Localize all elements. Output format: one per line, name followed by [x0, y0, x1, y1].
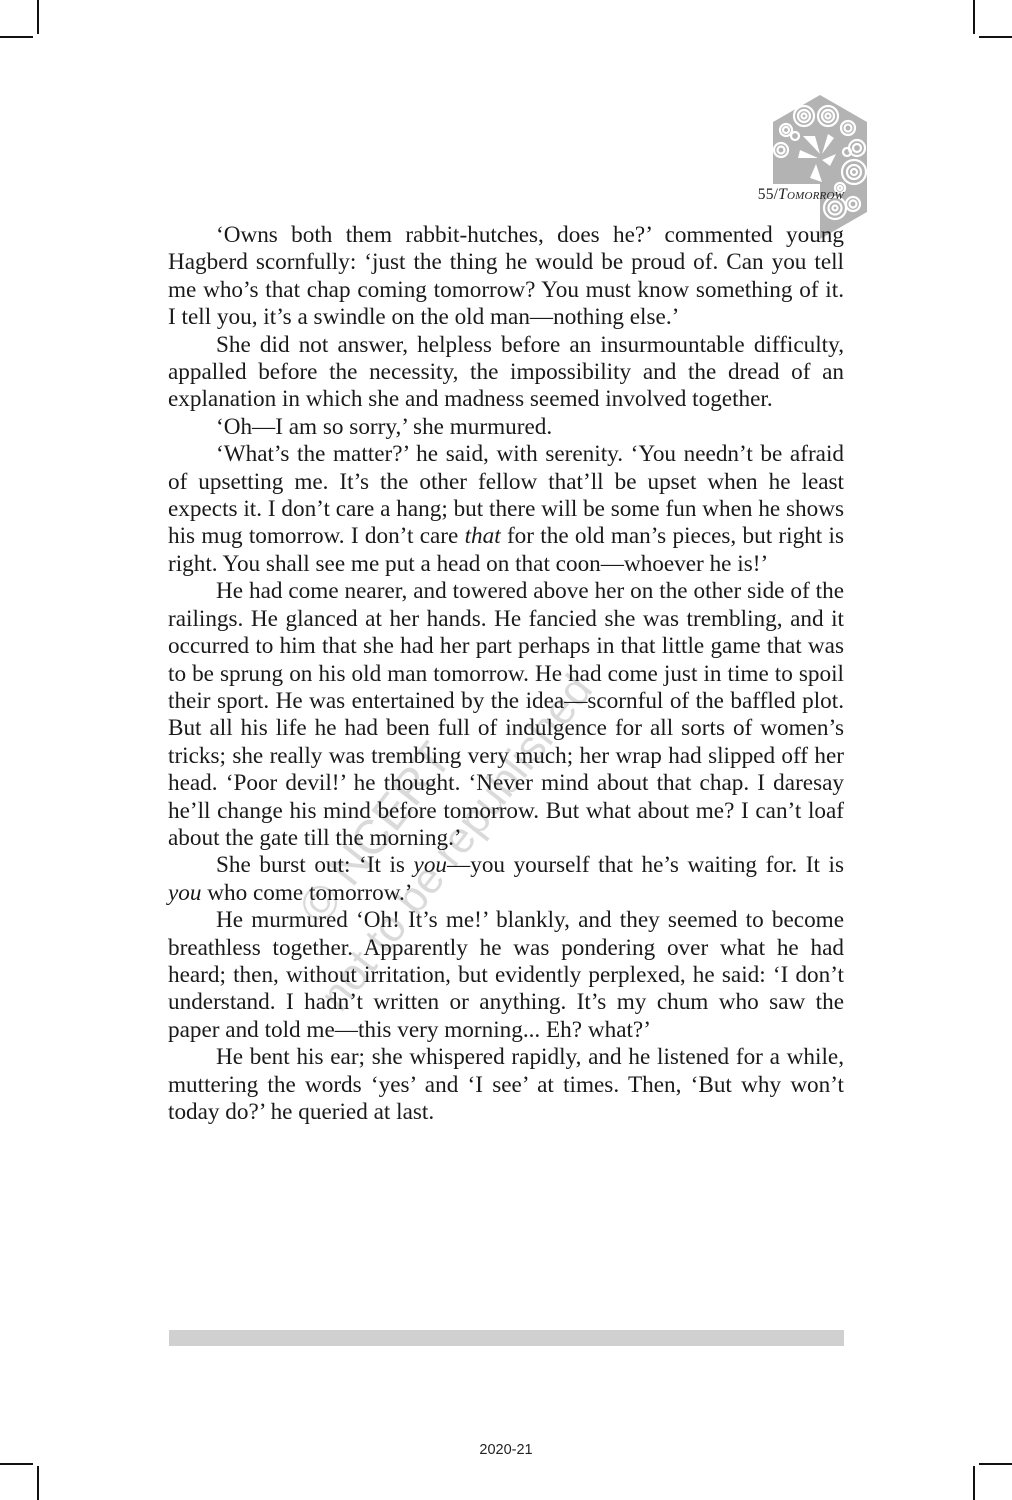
- story-body: ‘Owns both them rabbit-hutches, does he?…: [168, 222, 844, 1126]
- crop-mark-bottom-right-h: [979, 1463, 1012, 1465]
- crop-mark-top-left-v: [37, 0, 39, 34]
- paragraph: He bent his ear; she whispered rapidly, …: [168, 1044, 844, 1126]
- running-head: 55/Tomorrow: [758, 186, 844, 204]
- paragraph-text: ‘Owns both them rabbit-hutches, does he?…: [168, 222, 844, 330]
- spiral-hexagon-ornament-icon: [770, 92, 870, 240]
- paragraph: He had come nearer, and towered above he…: [168, 578, 844, 852]
- paragraph: He murmured ‘Oh! It’s me!’ blankly, and …: [168, 907, 844, 1044]
- emphasis-text: you: [168, 880, 201, 906]
- paragraph-text: She did not answer, helpless before an i…: [168, 332, 844, 413]
- chapter-title: Tomorrow: [778, 186, 844, 203]
- crop-mark-bottom-right-v: [973, 1466, 975, 1500]
- paragraph-text: who come tomorrow.’: [201, 880, 412, 906]
- paragraph: ‘Oh—I am so sorry,’ she murmured.: [168, 414, 844, 441]
- crop-mark-bottom-left-v: [37, 1466, 39, 1500]
- footer-rule-bar: [169, 1330, 844, 1346]
- crop-mark-top-right-h: [979, 36, 1012, 38]
- paragraph: She did not answer, helpless before an i…: [168, 332, 844, 414]
- paragraph-text: She burst out: ‘It is: [216, 852, 414, 878]
- paragraph-text: —you yourself that he’s waiting for. It …: [447, 852, 844, 878]
- emphasis-text: that: [465, 523, 501, 549]
- emphasis-text: you: [414, 852, 447, 878]
- crop-mark-bottom-left-h: [0, 1463, 33, 1465]
- paragraph: ‘What’s the matter?’ he said, with seren…: [168, 441, 844, 578]
- edition-year: 2020-21: [0, 1442, 1012, 1458]
- crop-mark-top-right-v: [973, 0, 975, 34]
- crop-mark-top-left-h: [0, 36, 33, 38]
- paragraph: She burst out: ‘It is you—you yourself t…: [168, 852, 844, 907]
- paragraph-text: He murmured ‘Oh! It’s me!’ blankly, and …: [168, 907, 844, 1043]
- paragraph-text: He had come nearer, and towered above he…: [168, 578, 844, 851]
- paragraph: ‘Owns both them rabbit-hutches, does he?…: [168, 222, 844, 332]
- paragraph-text: ‘Oh—I am so sorry,’ she murmured.: [216, 414, 552, 440]
- page-number: 55: [758, 186, 774, 203]
- paragraph-text: He bent his ear; she whispered rapidly, …: [168, 1044, 844, 1125]
